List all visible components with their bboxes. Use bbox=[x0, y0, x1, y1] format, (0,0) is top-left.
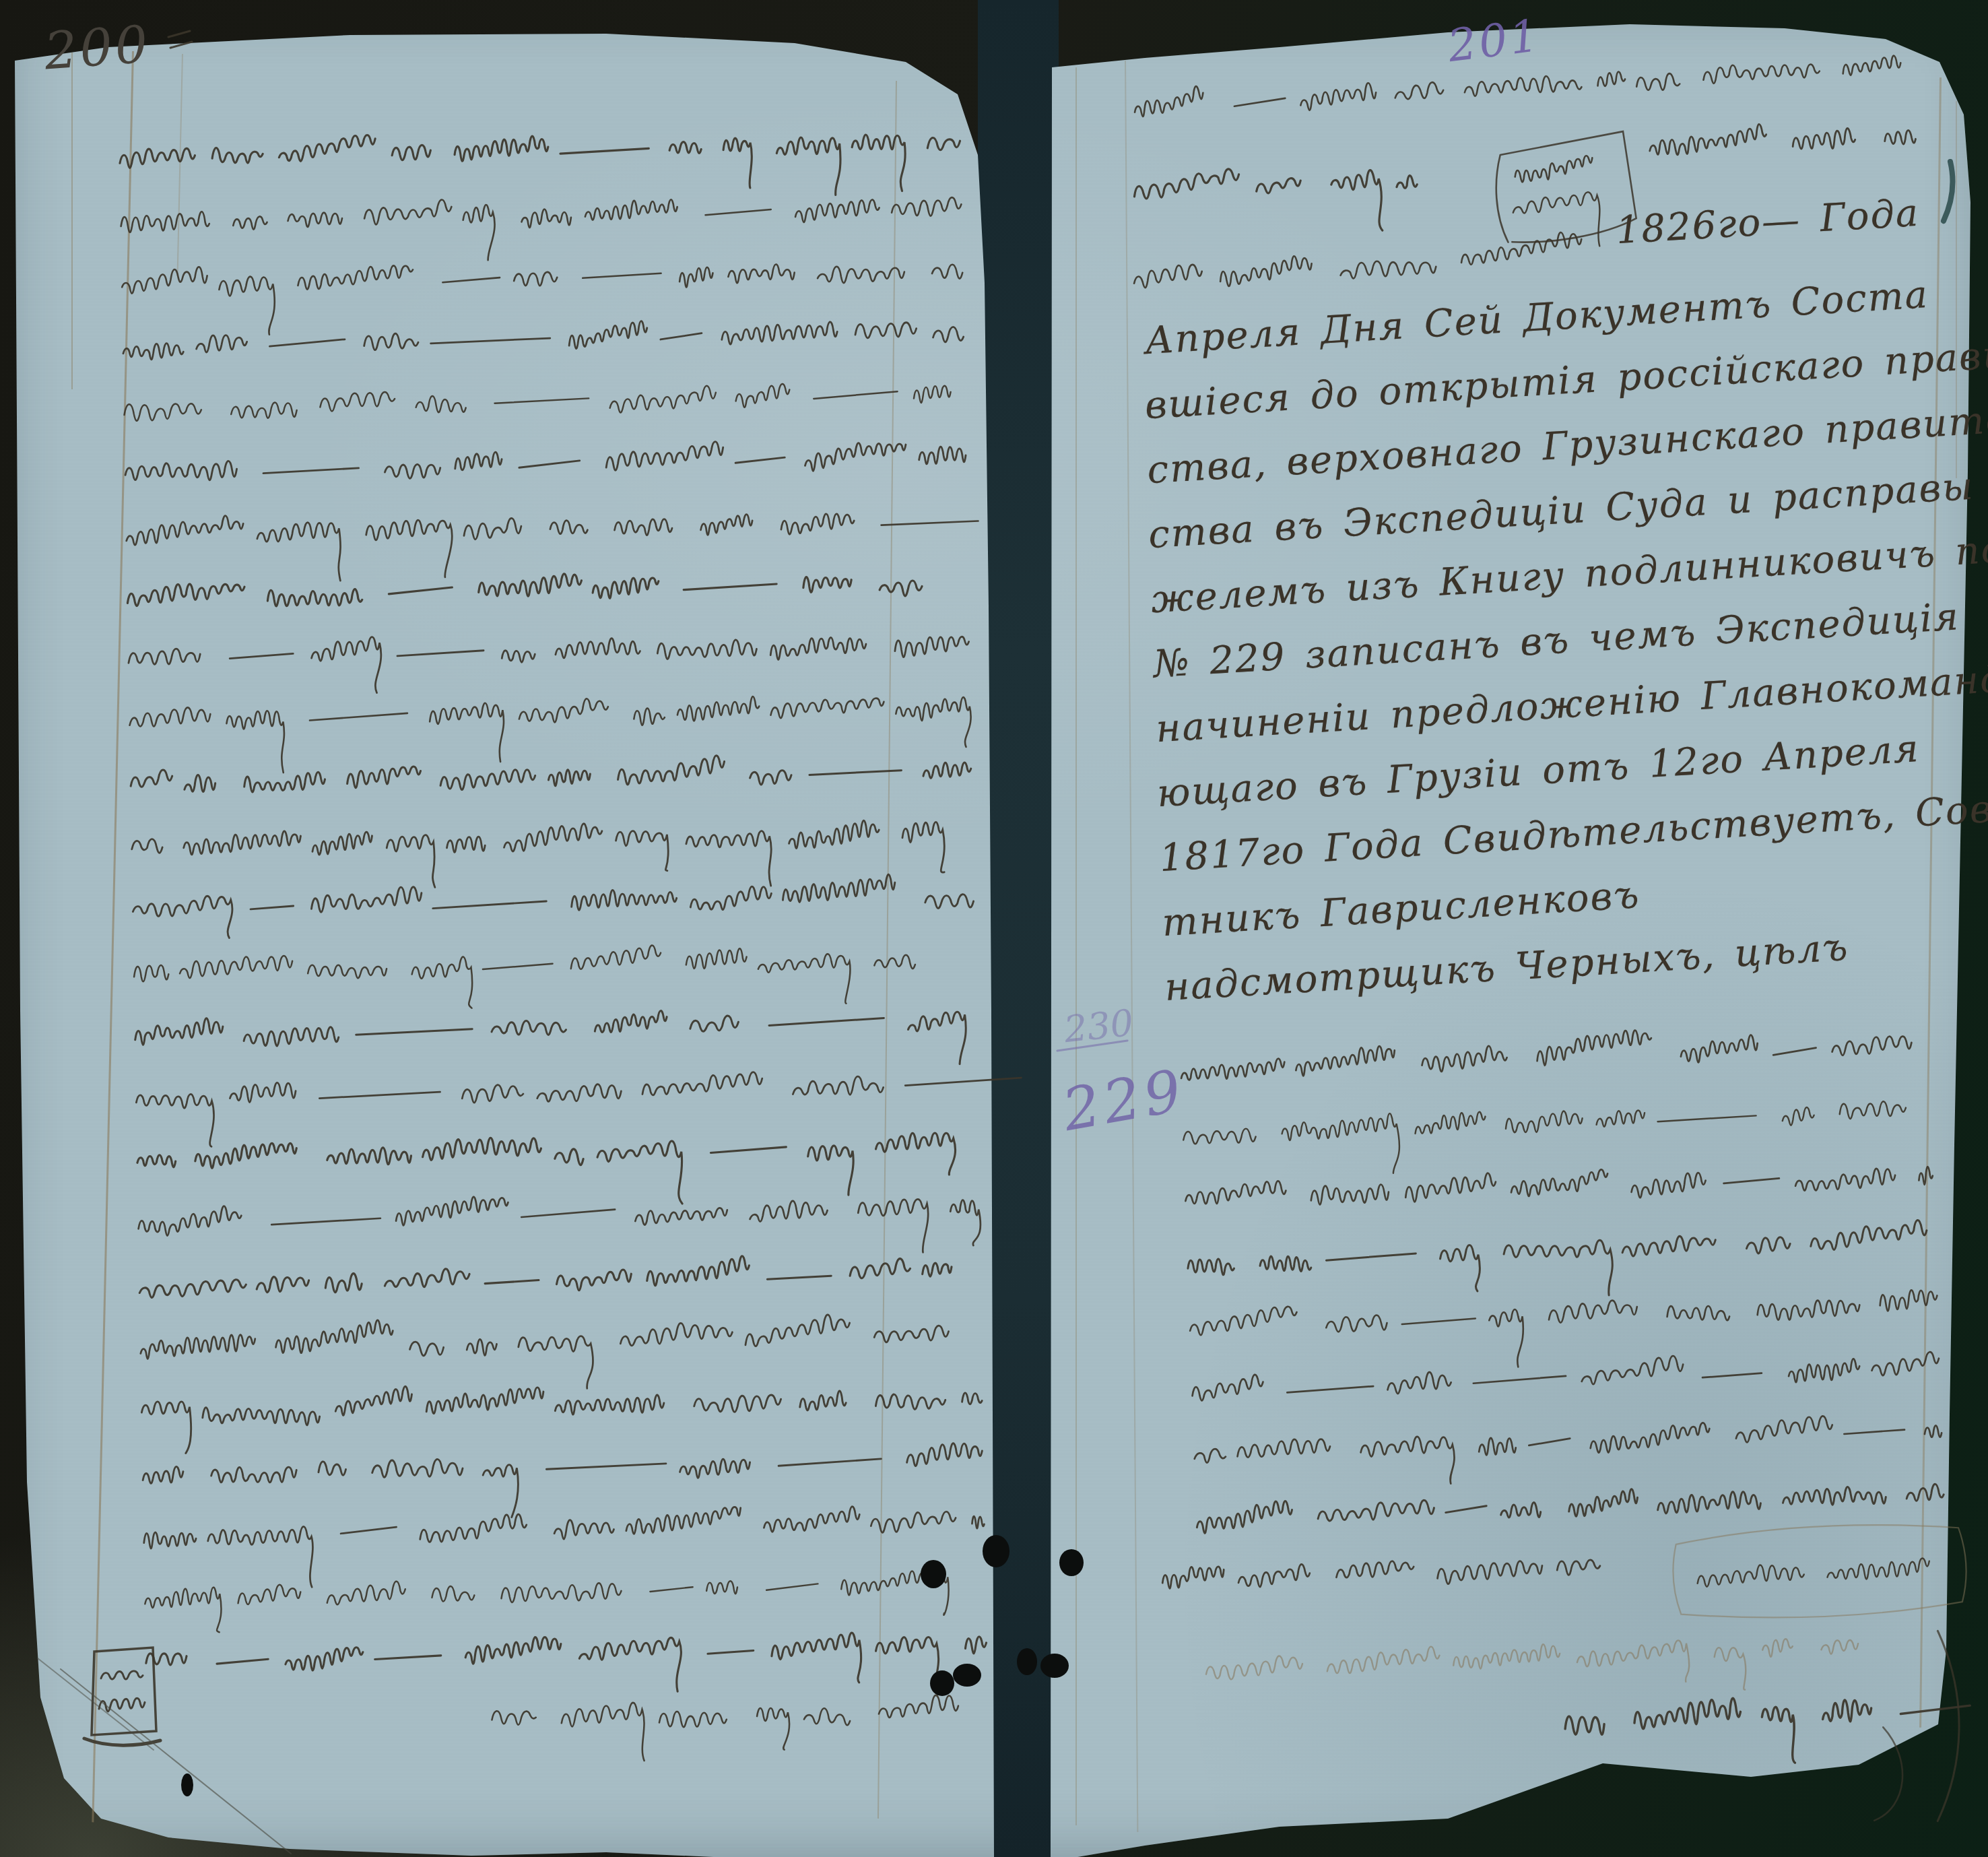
ruling-line bbox=[1075, 67, 1077, 1825]
left-folio-number: 200 bbox=[42, 14, 152, 82]
russian-line: тникъ Гаврисленковъ bbox=[1161, 873, 1641, 945]
russian-text-block: 1826го— ГодаАпреля Дня Сей Документъ Сос… bbox=[1102, 178, 1988, 1078]
archival-manuscript-scan: 200 201 230 229 1826го— ГодаАпреля Дня С… bbox=[0, 0, 1988, 1857]
russian-line: 1826го— Года bbox=[1615, 191, 1921, 253]
crossed-old-folio-stamp: 230 bbox=[1062, 1002, 1135, 1051]
ruling-line bbox=[71, 53, 73, 389]
